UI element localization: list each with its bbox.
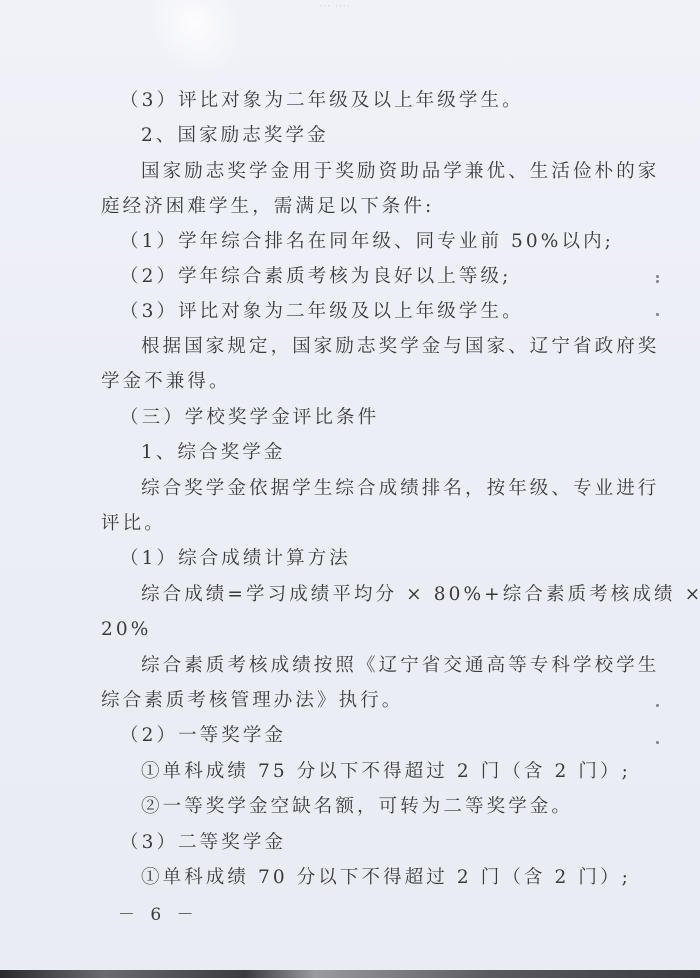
text-line: 综合奖学金依据学生综合成绩排名，按年级、专业进行: [141, 477, 659, 501]
scanner-edge: [0, 970, 700, 978]
text-line: 庭经济困难学生，需满足以下条件:: [101, 195, 434, 219]
subsection-heading: （1）综合成绩计算方法: [120, 547, 351, 571]
scan-speck: [656, 704, 659, 707]
list-item: ①单科成绩 70 分以下不得超过 2 门（含 2 门）;: [141, 866, 631, 890]
text-line: 国家励志奖学金用于奖励资助品学兼优、生活俭朴的家: [141, 160, 659, 184]
formula-line: 综合成绩=学习成绩平均分 × 80%+综合素质考核成绩 ×: [141, 583, 700, 607]
paper-fold-highlight: [127, 0, 264, 96]
subsection-heading: （3）二等奖学金: [120, 831, 286, 855]
section-heading: 2、国家励志奖学金: [141, 124, 329, 148]
list-item: （2）学年综合素质考核为良好以上等级;: [120, 265, 511, 289]
list-item: ①单科成绩 75 分以下不得超过 2 门（含 2 门）;: [141, 760, 631, 784]
list-item: （1）学年综合排名在同年级、同专业前 50%以内;: [120, 230, 614, 254]
text-line: （3）评比对象为二年级及以上年级学生。: [120, 89, 524, 113]
list-item: （3）评比对象为二年级及以上年级学生。: [120, 300, 524, 324]
text-line: 根据国家规定，国家励志奖学金与国家、辽宁省政府奖: [141, 335, 659, 359]
header-bleed-through: ··· ····: [290, 2, 380, 12]
scan-speck: [656, 275, 659, 278]
text-line: 评比。: [101, 512, 166, 536]
scan-speck: [656, 280, 659, 283]
text-line: 学金不兼得。: [101, 370, 231, 394]
scan-speck: [656, 313, 659, 316]
list-item: ②一等奖学金空缺名额，可转为二等奖学金。: [141, 795, 573, 819]
scan-speck: [656, 741, 659, 744]
scanned-document-page: ··· ···· （3）评比对象为二年级及以上年级学生。 2、国家励志奖学金 国…: [0, 0, 700, 970]
text-line: 综合素质考核管理办法》执行。: [101, 689, 403, 713]
subsection-heading: （2）一等奖学金: [120, 724, 286, 748]
page-number: － 6 －: [118, 900, 199, 925]
section-heading: （三）学校奖学金评比条件: [120, 406, 379, 430]
formula-line: 20%: [101, 618, 151, 642]
text-line: 综合素质考核成绩按照《辽宁省交通高等专科学校学生: [141, 654, 659, 678]
section-heading: 1、综合奖学金: [141, 441, 285, 465]
